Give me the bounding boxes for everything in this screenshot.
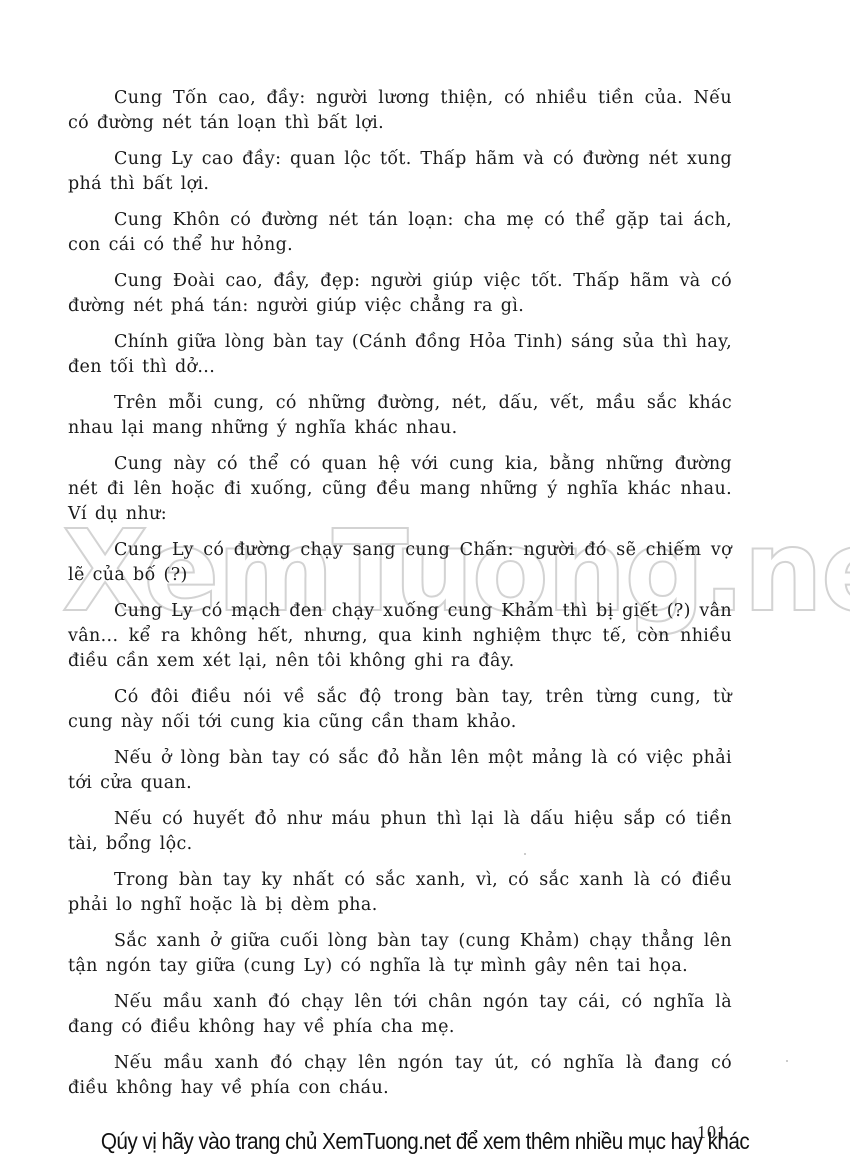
paragraph-cung-ton: Cung Tốn cao, đầy: người lương thiện, có… xyxy=(68,86,732,136)
paragraph-ly-chan: Cung Ly có đường chạy sang cung Chấn: ng… xyxy=(68,538,732,588)
paragraph-ly-kham: Cung Ly có mạch đen chạy xuống cung Khảm… xyxy=(68,599,732,674)
paragraph-cung-ly: Cung Ly cao đầy: quan lộc tốt. Thấp hãm … xyxy=(68,147,732,197)
footer-site-link[interactable]: XemTuong.net xyxy=(322,1128,451,1154)
page-body: Cung Tốn cao, đầy: người lương thiện, có… xyxy=(68,86,732,1112)
footer-prefix: Qúy vị hãy vào trang chủ xyxy=(101,1128,322,1154)
paragraph-xanh-ngon-ut: Nếu mầu xanh đó chạy lên ngón tay út, có… xyxy=(68,1051,732,1101)
footer-suffix: để xem thêm nhiều mục hay khác xyxy=(451,1128,750,1154)
footer-banner: Qúy vị hãy vào trang chủ XemTuong.net để… xyxy=(43,1124,808,1158)
scan-speck xyxy=(786,1060,788,1062)
paragraph-moi-cung: Trên mỗi cung, có những đường, nét, dấu,… xyxy=(68,391,732,441)
paragraph-xanh-ngon-cai: Nếu mầu xanh đó chạy lên tới chân ngón t… xyxy=(68,990,732,1040)
paragraph-huyet-do: Nếu có huyết đỏ như máu phun thì lại là … xyxy=(68,807,732,857)
paragraph-sac-do: Có đôi điều nói về sắc độ trong bàn tay,… xyxy=(68,685,732,735)
scanned-book-page: XemTuong.net Cung Tốn cao, đầy: người lư… xyxy=(0,0,850,1171)
paragraph-sac-do-han: Nếu ở lòng bàn tay có sắc đỏ hằn lên một… xyxy=(68,746,732,796)
paragraph-cung-doai: Cung Đoài cao, đầy, đẹp: người giúp việc… xyxy=(68,269,732,319)
paragraph-xanh-kham-ly: Sắc xanh ở giữa cuối lòng bàn tay (cung … xyxy=(68,929,732,979)
paragraph-cung-khon: Cung Khôn có đường nét tán loạn: cha mẹ … xyxy=(68,208,732,258)
paragraph-sac-xanh: Trong bàn tay ky nhất có sắc xanh, vì, c… xyxy=(68,868,732,918)
paragraph-quan-he-cung: Cung này có thể có quan hệ với cung kia,… xyxy=(68,452,732,527)
paragraph-hoa-tinh: Chính giữa lòng bàn tay (Cánh đồng Hỏa T… xyxy=(68,330,732,380)
